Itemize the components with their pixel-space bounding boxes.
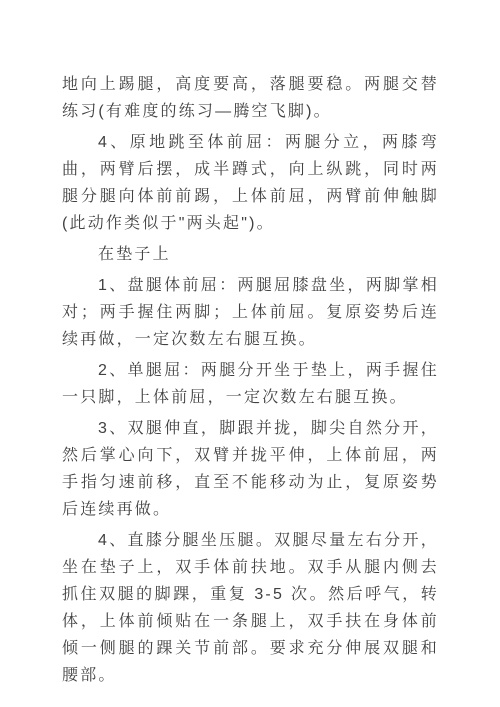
document-page: 地向上踢腿，高度要高，落腿要稳。两腿交替练习(有难度的练习—腾空飞脚)。 4、原… bbox=[0, 0, 500, 707]
paragraph-item-4-jump-to-forward-bend: 4、原地跳至体前屈：两腿分立，两膝弯曲，两臂后摆，成半蹲式，向上纵跳，同时两腿分… bbox=[62, 129, 439, 237]
paragraph-item-1-cross-legged-forward-bend: 1、盘腿体前屈：两腿屈膝盘坐，两脚掌相对；两手握住两脚；上体前屈。复原姿势后连续… bbox=[62, 272, 439, 353]
paragraph-item-2-single-leg-bend: 2、单腿屈：两腿分开坐于垫上，两手握住一只脚，上体前屈，一定次数左右腿互换。 bbox=[62, 357, 439, 411]
document-body: 地向上踢腿，高度要高，落腿要稳。两腿交替练习(有难度的练习—腾空飞脚)。 4、原… bbox=[0, 0, 500, 689]
paragraph-continuation-kick-practice: 地向上踢腿，高度要高，落腿要稳。两腿交替练习(有难度的练习—腾空飞脚)。 bbox=[62, 71, 439, 125]
paragraph-item-4-straddle-press-legs: 4、直膝分腿坐压腿。双腿尽量左右分开，坐在垫子上，双手体前扶地。双手从腿内侧去抓… bbox=[62, 527, 439, 689]
paragraph-item-3-straight-legs-stretch: 3、双腿伸直，脚跟并拢，脚尖自然分开，然后掌心向下，双臂并拢平伸，上体前屈，两手… bbox=[62, 415, 439, 523]
section-label-on-mat: 在垫子上 bbox=[62, 241, 439, 268]
